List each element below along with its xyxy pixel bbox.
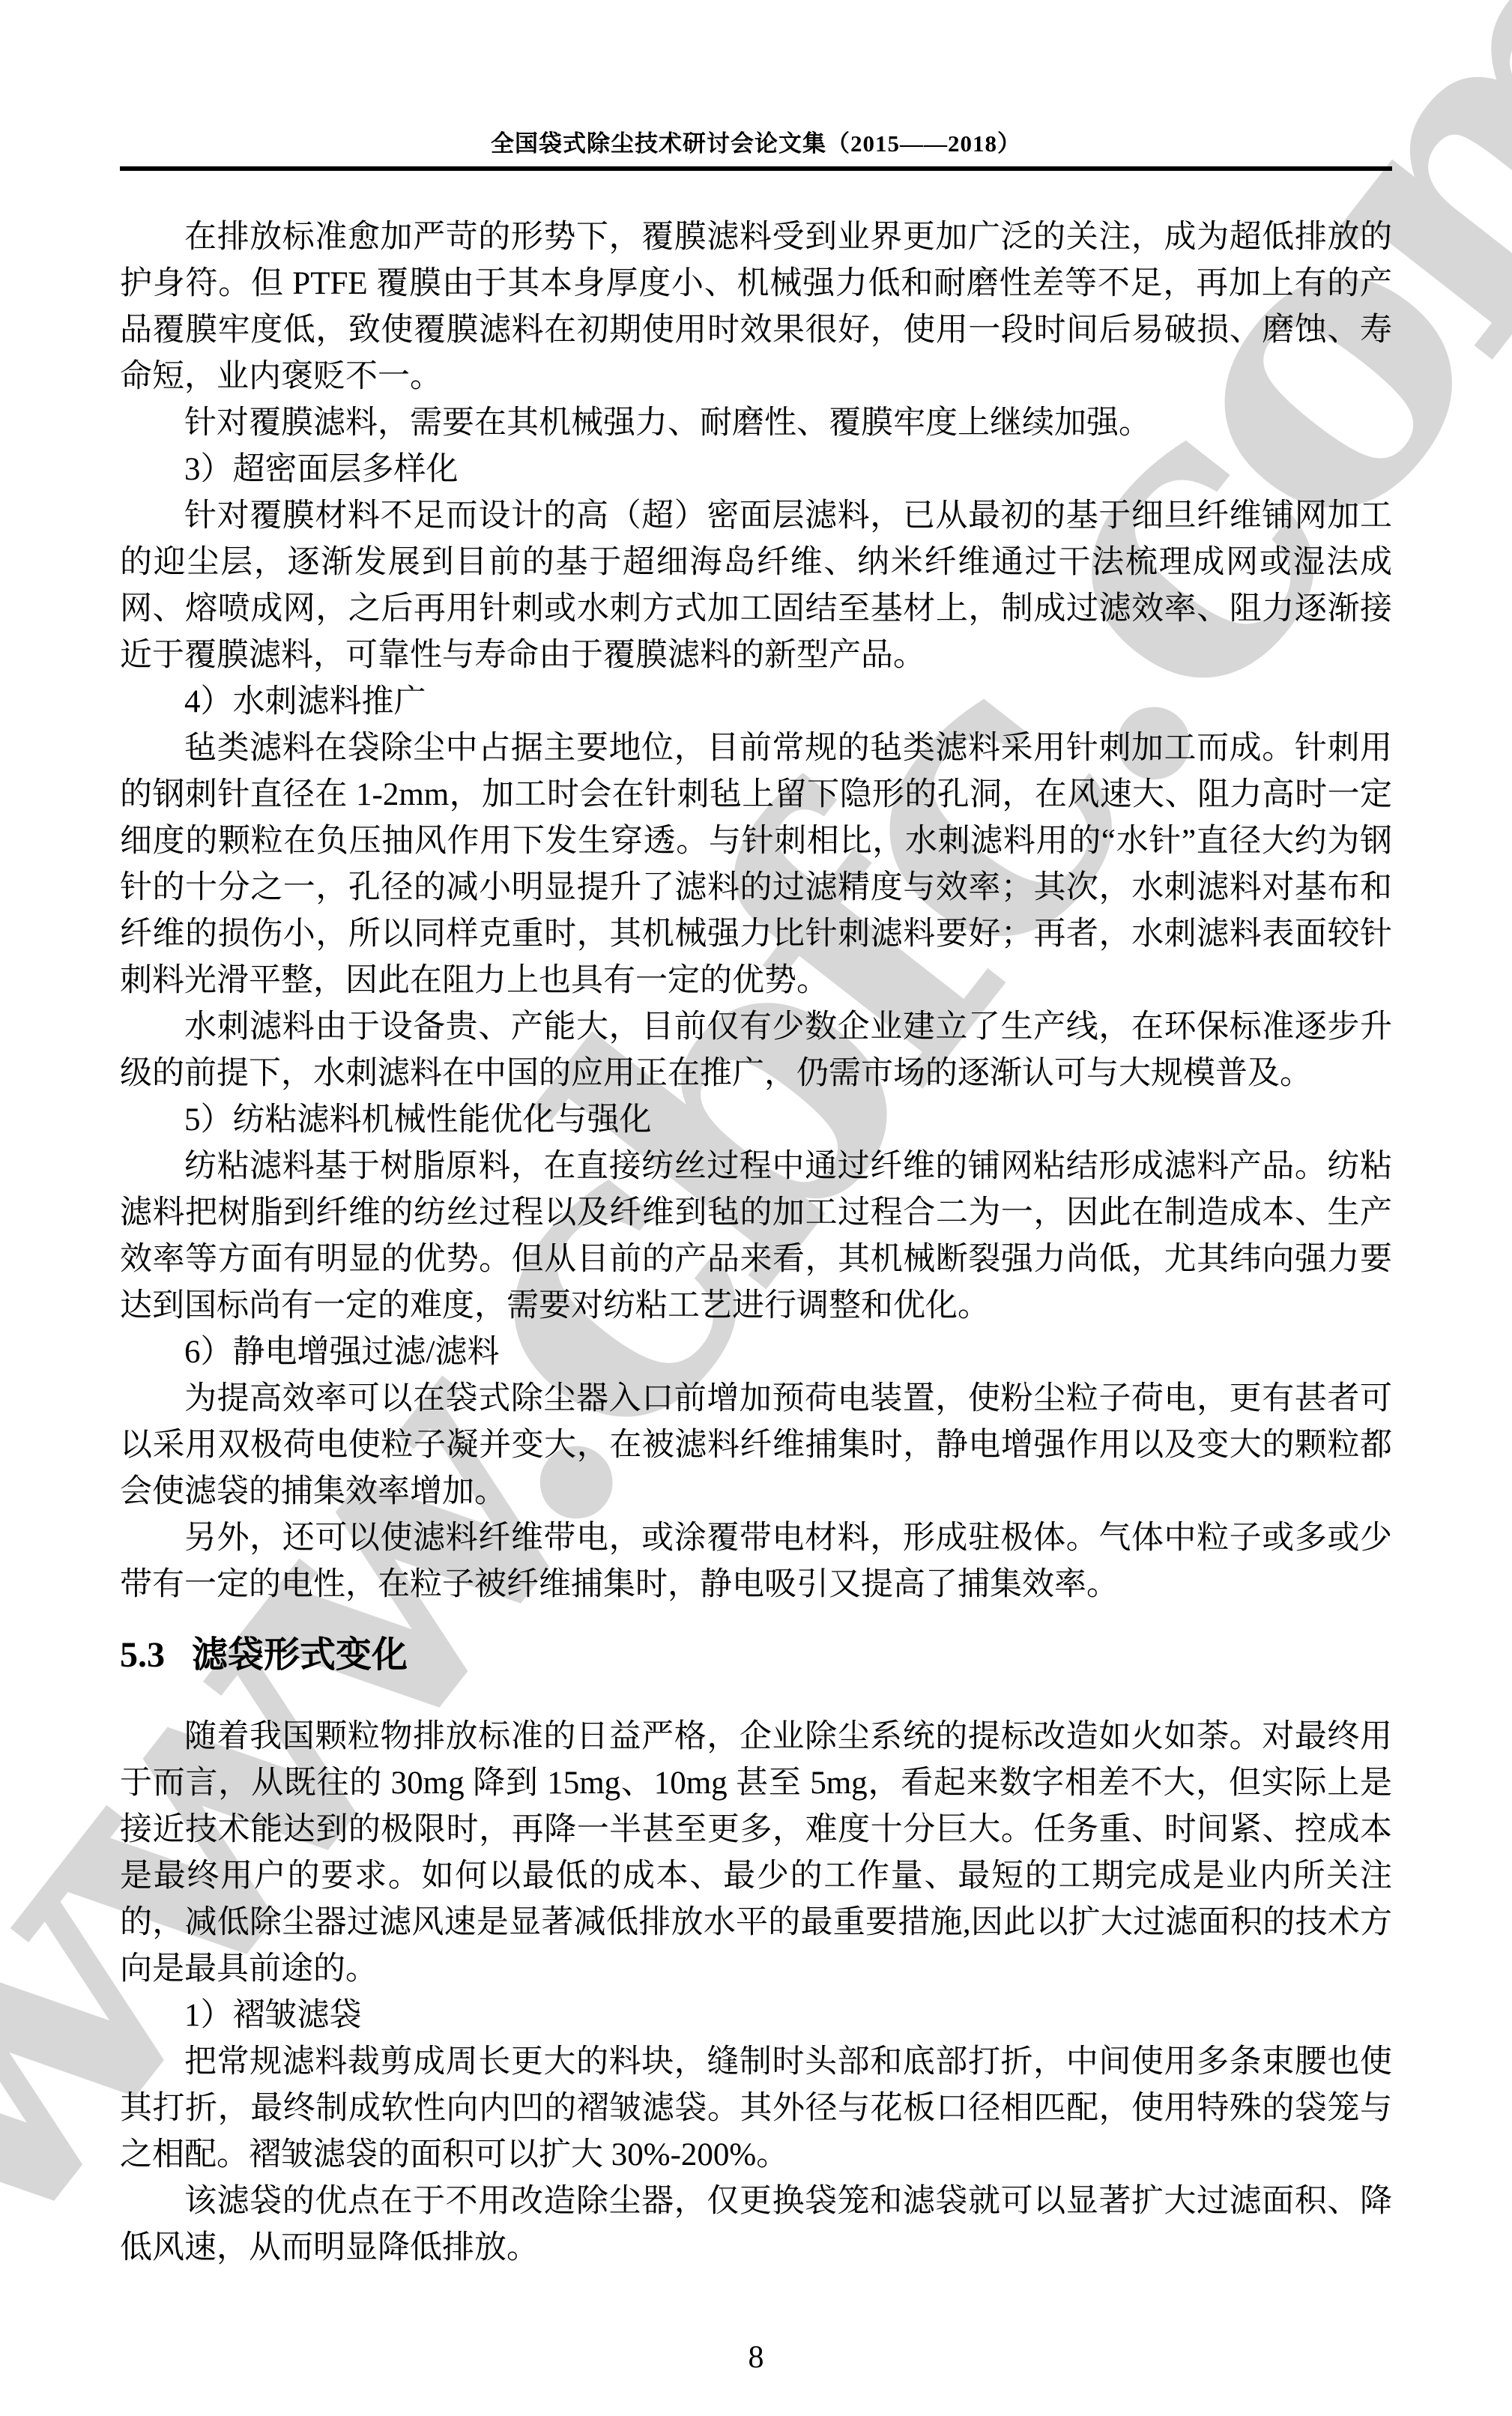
- body-paragraph: 另外，还可以使滤料纤维带电，或涂覆带电材料，形成驻极体。气体中粒子或多或少带有一…: [120, 1515, 1392, 1608]
- document-page: www.cbfc.com 全国袋式除尘技术研讨会论文集（2015——2018） …: [0, 0, 1512, 2416]
- body-paragraph: 针对覆膜材料不足而设计的高（超）密面层滤料，已从最初的基于细旦纤维铺网加工的迎尘…: [120, 493, 1392, 679]
- body-paragraph: 水刺滤料由于设备贵、产能大，目前仅有少数企业建立了生产线，在环保标准逐步升级的前…: [120, 1004, 1392, 1097]
- header-title: 全国袋式除尘技术研讨会论文集（2015——2018）: [0, 124, 1512, 158]
- section-number: 5.3: [120, 1635, 165, 1675]
- body-paragraph: 纺粘滤料基于树脂原料，在直接纺丝过程中通过纤维的铺网粘结形成滤料产品。纺粘滤料把…: [120, 1144, 1392, 1329]
- body-paragraph: 为提高效率可以在袋式除尘器入口前增加预荷电装置，使粉尘粒子荷电，更有甚者可以采用…: [120, 1376, 1392, 1515]
- numbered-item-heading: 4）水刺滤料推广: [120, 679, 1392, 725]
- body-paragraph: 在排放标准愈加严苛的形势下，覆膜滤料受到业界更加广泛的关注，成为超低排放的护身符…: [120, 214, 1392, 400]
- numbered-item-heading: 6）静电增强过滤/滤料: [120, 1329, 1392, 1376]
- section-heading: 5.3滤袋形式变化: [120, 1631, 1392, 1680]
- section-title: 滤袋形式变化: [192, 1635, 408, 1675]
- body-paragraph: 随着我国颗粒物排放标准的日益严格，企业除尘系统的提标改造如火如荼。对最终用于而言…: [120, 1714, 1392, 1993]
- body-paragraph: 毡类滤料在袋除尘中占据主要地位，目前常规的毡类滤料采用针刺加工而成。针刺用的钢刺…: [120, 725, 1392, 1004]
- page-number: 8: [0, 2340, 1512, 2376]
- page-body: 在排放标准愈加严苛的形势下，覆膜滤料受到业界更加广泛的关注，成为超低排放的护身符…: [120, 214, 1392, 2271]
- header-rule: [120, 166, 1392, 171]
- body-paragraph: 把常规滤料裁剪成周长更大的料块，缝制时头部和底部打折，中间使用多条束腰也使其打折…: [120, 2039, 1392, 2178]
- body-paragraph: 针对覆膜滤料，需要在其机械强力、耐磨性、覆膜牢度上继续加强。: [120, 400, 1392, 447]
- body-paragraph: 该滤袋的优点在于不用改造除尘器，仅更换袋笼和滤袋就可以显著扩大过滤面积、降低风速…: [120, 2178, 1392, 2271]
- numbered-item-heading: 3）超密面层多样化: [120, 447, 1392, 493]
- numbered-item-heading: 5）纺粘滤料机械性能优化与强化: [120, 1097, 1392, 1144]
- numbered-item-heading: 1）褶皱滤袋: [120, 1993, 1392, 2039]
